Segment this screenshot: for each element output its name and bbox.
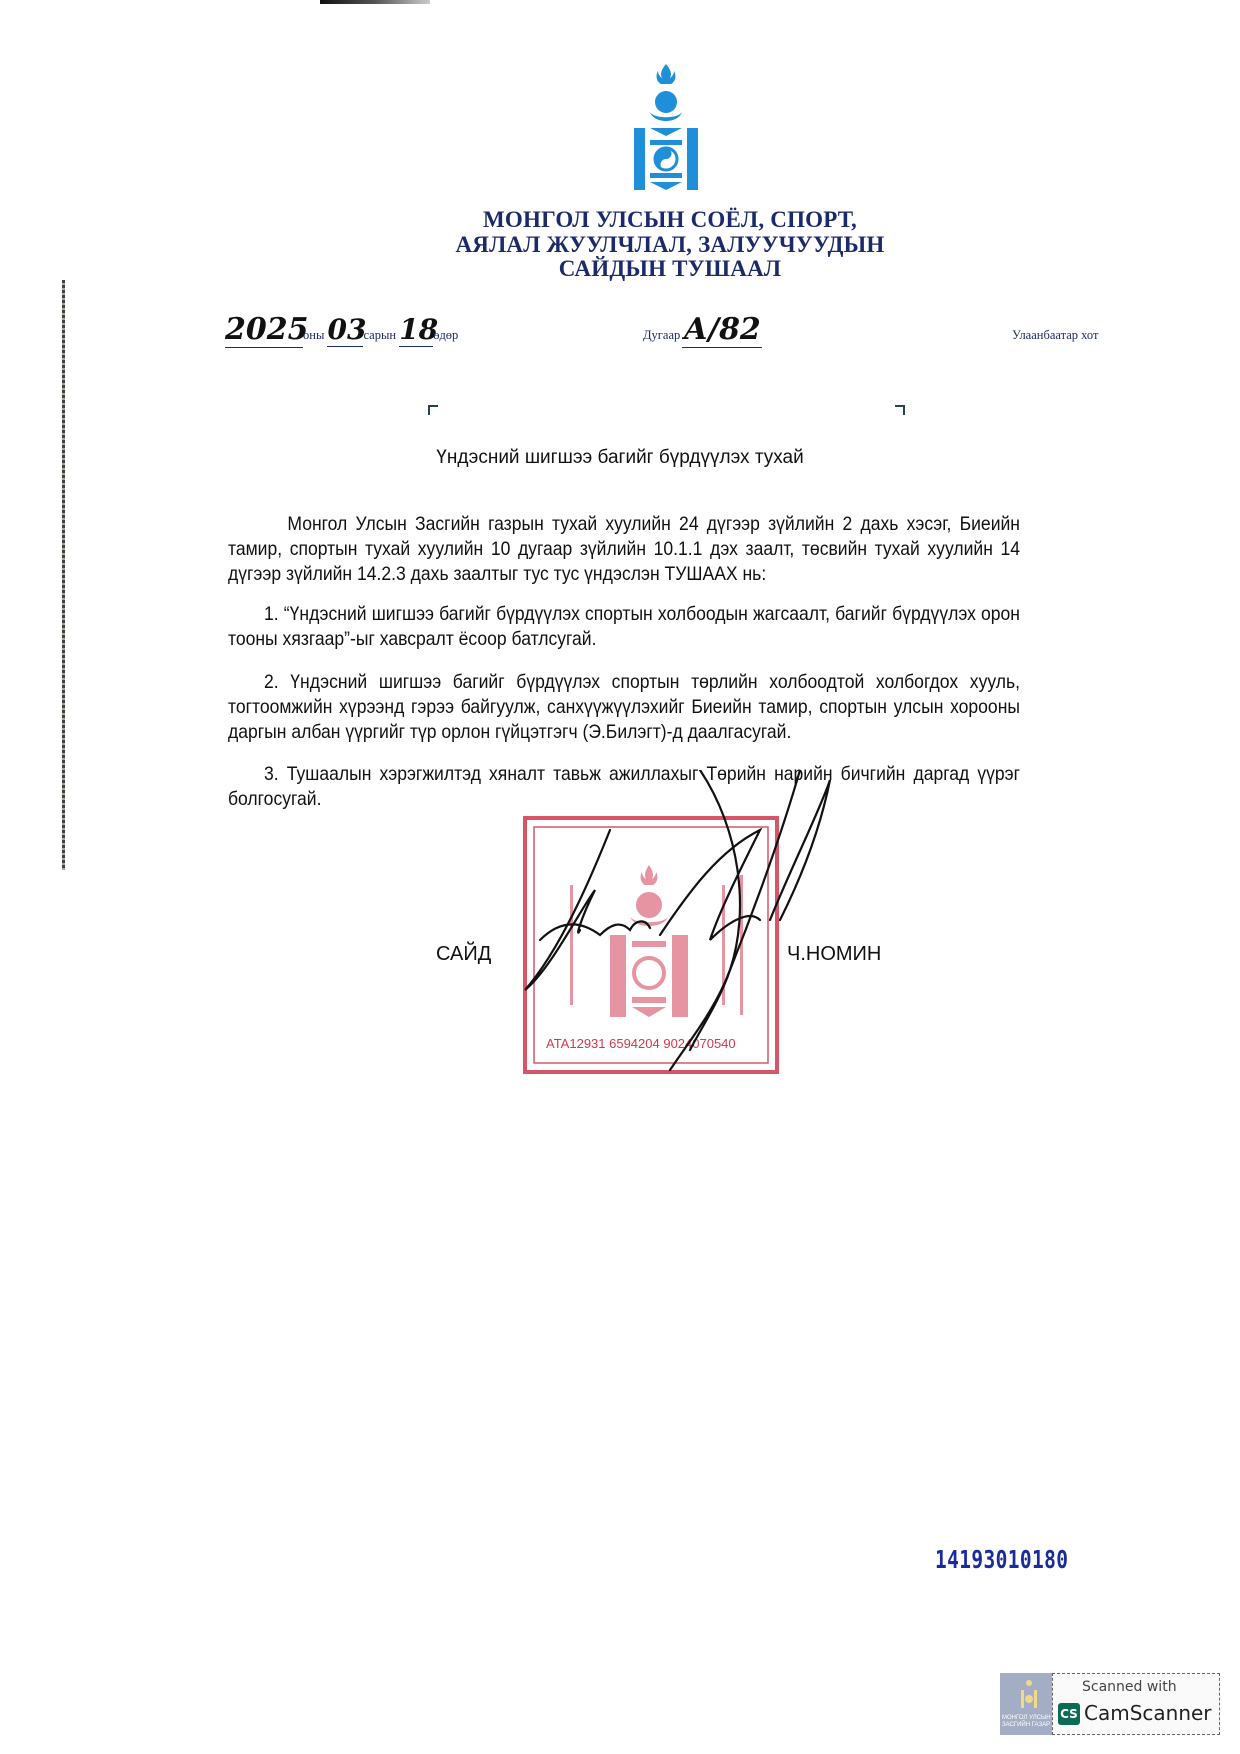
ministry-heading: МОНГОЛ УЛСЫН СОЁЛ, СПОРТ, АЯЛАЛ ЖУУЛЧЛАЛ… (340, 208, 1000, 282)
serial-number: 14193010180 (935, 1545, 1068, 1574)
preamble-paragraph: Монгол Улсын Засгийн газрын тухай хуулий… (228, 512, 1020, 587)
date-year-suffix: оны (303, 328, 324, 342)
date-month-suffix: сарын (363, 328, 396, 342)
order-item-2: 2. Үндэсний шигшээ багийг бүрдүүлэх спор… (228, 670, 1020, 745)
soyombo-small-icon (1020, 1677, 1038, 1711)
gov-logo-text: МОНГОЛ УЛСЫН ЗАСГИЙН ГАЗАР (1002, 1715, 1058, 1729)
handwritten-signature (520, 770, 840, 1080)
item-text: 2. Үндэсний шигшээ багийг бүрдүүлэх спор… (228, 670, 1020, 745)
signatory-name: Ч.НОМИН (787, 943, 881, 966)
order-item-1: 1. “Үндэсний шигшээ багийг бүрдүүлэх спо… (228, 602, 1020, 652)
date-day-suffix: өдөр (433, 328, 458, 342)
camscanner-name: CamScanner (1084, 1701, 1212, 1725)
document-title: Үндэсний шигшээ багийг бүрдүүлэх тухай (0, 447, 1240, 469)
number-value: А/82 (682, 312, 762, 348)
camscanner-watermark: МОНГОЛ УЛСЫН ЗАСГИЙН ГАЗАР Scanned with … (1000, 1673, 1200, 1735)
date-month: 03 (327, 313, 363, 347)
heading-line: МОНГОЛ УЛСЫН СОЁЛ, СПОРТ, (340, 208, 1000, 233)
item-text: 1. “Үндэсний шигшээ багийг бүрдүүлэх спо… (228, 602, 1020, 652)
signatory-title: САЙД (436, 943, 491, 966)
soyombo-emblem-icon (630, 62, 702, 196)
order-date: 2025оны 03сарын 18өдөр (225, 312, 458, 348)
gov-logo-badge: МОНГОЛ УЛСЫН ЗАСГИЙН ГАЗАР (1000, 1673, 1058, 1735)
title-bracket-left (428, 405, 438, 415)
camscanner-icon: CS (1058, 1703, 1080, 1725)
number-label: Дугаар (643, 328, 680, 342)
heading-line: САЙДЫН ТУШААЛ (340, 257, 1000, 282)
date-year: 2025 (225, 312, 303, 348)
title-bracket-right (895, 405, 905, 415)
scan-edge-artifact (320, 0, 430, 4)
scanned-with-label: Scanned with (1082, 1679, 1177, 1695)
heading-line: АЯЛАЛ ЖУУЛЧЛАЛ, ЗАЛУУЧУУДЫН (340, 233, 1000, 258)
preamble-text: Монгол Улсын Засгийн газрын тухай хуулий… (228, 512, 1020, 587)
order-number: ДугаарА/82 (643, 312, 762, 348)
date-day: 18 (399, 313, 433, 347)
place-label: Улаанбаатар хот (1012, 328, 1098, 343)
order-meta-row: 2025оны 03сарын 18өдөр ДугаарА/82 Улаанб… (0, 312, 1240, 352)
scan-binding-artifact (62, 280, 65, 870)
